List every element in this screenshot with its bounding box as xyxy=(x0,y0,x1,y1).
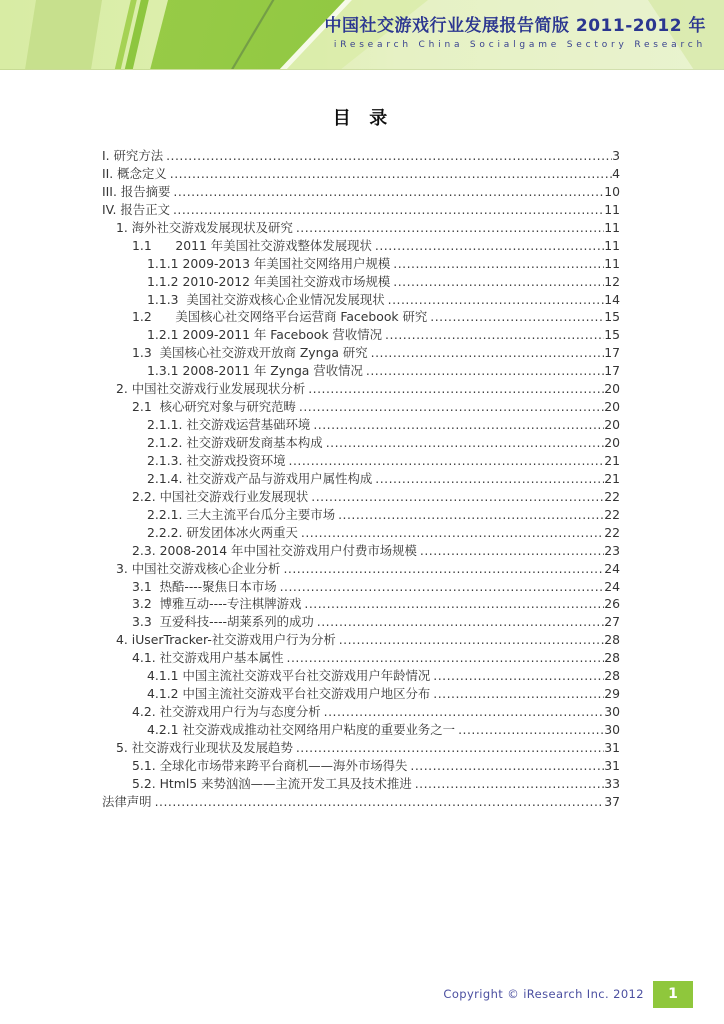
toc-leader-dots xyxy=(314,613,604,631)
toc-entry-label: I. 研究方法 xyxy=(102,147,163,165)
table-of-contents: 目 录 I. 研究方法 3 II. 概念定义 4 III. 报告摘要 10 IV… xyxy=(102,70,620,811)
toc-entry[interactable]: 4.2. 社交游戏用户行为与态度分析 30 xyxy=(102,703,620,721)
toc-leader-dots xyxy=(284,649,605,667)
toc-entry-page: 28 xyxy=(604,631,620,649)
toc-entry-label: IV. 报告正文 xyxy=(102,201,170,219)
toc-leader-dots xyxy=(301,595,604,613)
toc-leader-dots xyxy=(455,721,604,739)
toc-entry[interactable]: 4.1. 社交游戏用户基本属性 28 xyxy=(102,649,620,667)
toc-entry-page: 24 xyxy=(604,560,620,578)
toc-heading: 目 录 xyxy=(102,106,620,132)
toc-list: I. 研究方法 3 II. 概念定义 4 III. 报告摘要 10 IV. 报告… xyxy=(102,147,620,811)
toc-entry[interactable]: 1.1.2 2010-2012 年美国社交游戏市场规模 12 xyxy=(102,273,620,291)
toc-entry-label: 1. 海外社交游戏发展现状及研究 xyxy=(116,219,293,237)
toc-leader-dots xyxy=(305,380,604,398)
toc-leader-dots xyxy=(427,308,604,326)
toc-entry-page: 22 xyxy=(604,488,620,506)
toc-entry[interactable]: IV. 报告正文 11 xyxy=(102,201,620,219)
toc-entry-page: 24 xyxy=(604,578,620,596)
toc-entry-label: 2.3. 2008-2014 年中国社交游戏用户付费市场规模 xyxy=(132,542,417,560)
toc-leader-dots xyxy=(277,578,605,596)
toc-entry[interactable]: 5.1. 全球化市场带来跨平台商机——海外市场得失 31 xyxy=(102,757,620,775)
toc-entry-label: 1.2 美国核心社交网络平台运营商 Facebook 研究 xyxy=(132,308,427,326)
toc-entry[interactable]: I. 研究方法 3 xyxy=(102,147,620,165)
toc-entry-page: 4 xyxy=(612,165,620,183)
toc-entry-label: 2.2. 中国社交游戏行业发展现状 xyxy=(132,488,308,506)
report-header: 中国社交游戏行业发展报告简版 2011-2012 年 iResearch Chi… xyxy=(0,0,724,70)
toc-leader-dots xyxy=(298,524,604,542)
page-number-badge: 1 xyxy=(653,981,693,1008)
toc-entry-label: 2.2.2. 研发团体冰火两重天 xyxy=(147,524,298,542)
toc-leader-dots xyxy=(382,326,604,344)
toc-entry[interactable]: 5. 社交游戏行业现状及发展趋势 31 xyxy=(102,739,620,757)
toc-entry-label: 2.1 核心研究对象与研究范畴 xyxy=(132,398,296,416)
toc-leader-dots xyxy=(368,344,605,362)
toc-leader-dots xyxy=(170,201,604,219)
toc-entry[interactable]: 1.1.1 2009-2013 年美国社交网络用户规模 11 xyxy=(102,255,620,273)
toc-entry-label: 1.1 2011 年美国社交游戏整体发展现状 xyxy=(132,237,372,255)
toc-entry-label: III. 报告摘要 xyxy=(102,183,170,201)
toc-entry-page: 21 xyxy=(604,452,620,470)
toc-entry-page: 20 xyxy=(604,434,620,452)
toc-leader-dots xyxy=(336,631,604,649)
toc-leader-dots xyxy=(293,219,604,237)
toc-leader-dots xyxy=(363,362,604,380)
header-text-block: 中国社交游戏行业发展报告简版 2011-2012 年 iResearch Chi… xyxy=(324,11,706,50)
toc-entry-page: 15 xyxy=(604,308,620,326)
toc-entry-label: 1.3.1 2008-2011 年 Zynga 营收情况 xyxy=(147,362,363,380)
toc-entry-page: 29 xyxy=(604,685,620,703)
toc-entry-label: 2.1.2. 社交游戏研发商基本构成 xyxy=(147,434,323,452)
toc-entry-page: 10 xyxy=(604,183,620,201)
toc-entry-label: 2.2.1. 三大主流平台瓜分主要市场 xyxy=(147,506,335,524)
toc-leader-dots xyxy=(335,506,604,524)
toc-leader-dots xyxy=(310,416,604,434)
toc-entry-page: 17 xyxy=(604,362,620,380)
toc-entry[interactable]: 3.1 热酷----聚焦日本市场 24 xyxy=(102,578,620,596)
toc-leader-dots xyxy=(372,237,604,255)
toc-entry-label: II. 概念定义 xyxy=(102,165,167,183)
toc-entry[interactable]: 3. 中国社交游戏核心企业分析 24 xyxy=(102,560,620,578)
toc-entry-page: 15 xyxy=(604,326,620,344)
toc-entry[interactable]: 1.2.1 2009-2011 年 Facebook 营收情况 15 xyxy=(102,326,620,344)
toc-entry-label: 1.1.2 2010-2012 年美国社交游戏市场规模 xyxy=(147,273,390,291)
toc-entry-label: 1.1.1 2009-2013 年美国社交网络用户规模 xyxy=(147,255,390,273)
toc-entry-page: 20 xyxy=(604,380,620,398)
toc-leader-dots xyxy=(412,775,604,793)
toc-entry-label: 1.2.1 2009-2011 年 Facebook 营收情况 xyxy=(147,326,382,344)
toc-entry[interactable]: 2.2.2. 研发团体冰火两重天 22 xyxy=(102,524,620,542)
toc-entry-label: 2.1.4. 社交游戏产品与游戏用户属性构成 xyxy=(147,470,372,488)
toc-leader-dots xyxy=(323,434,605,452)
toc-entry-page: 30 xyxy=(604,703,620,721)
toc-entry-label: 3.3 互爱科技----胡莱系列的成功 xyxy=(132,613,314,631)
toc-entry-label: 1.1.3 美国社交游戏核心企业情况发展现状 xyxy=(147,291,385,309)
toc-entry[interactable]: 2. 中国社交游戏行业发展现状分析 20 xyxy=(102,380,620,398)
toc-entry-page: 33 xyxy=(604,775,620,793)
toc-leader-dots xyxy=(372,470,604,488)
toc-entry[interactable]: 3.2 博雅互动----专注棋牌游戏 26 xyxy=(102,595,620,613)
toc-entry-label: 3.1 热酷----聚焦日本市场 xyxy=(132,578,277,596)
toc-entry[interactable]: 1.1.3 美国社交游戏核心企业情况发展现状 14 xyxy=(102,291,620,309)
toc-entry-label: 2.1.3. 社交游戏投资环境 xyxy=(147,452,286,470)
toc-entry-page: 22 xyxy=(604,506,620,524)
toc-entry-page: 20 xyxy=(604,398,620,416)
toc-entry-label: 2. 中国社交游戏行业发展现状分析 xyxy=(116,380,305,398)
toc-entry-page: 23 xyxy=(604,542,620,560)
copyright-text: Copyright © iResearch Inc. 2012 xyxy=(443,987,644,1001)
toc-entry[interactable]: 1.2 美国核心社交网络平台运营商 Facebook 研究 15 xyxy=(102,308,620,326)
toc-entry[interactable]: 2.1.2. 社交游戏研发商基本构成 20 xyxy=(102,434,620,452)
toc-entry[interactable]: 1. 海外社交游戏发展现状及研究 11 xyxy=(102,219,620,237)
toc-entry-label: 4.1.2 中国主流社交游戏平台社交游戏用户地区分布 xyxy=(147,685,430,703)
toc-entry[interactable]: 2.1.1. 社交游戏运营基础环境 20 xyxy=(102,416,620,434)
toc-entry[interactable]: 1.1 2011 年美国社交游戏整体发展现状 11 xyxy=(102,237,620,255)
toc-leader-dots xyxy=(417,542,604,560)
toc-entry-label: 2.1.1. 社交游戏运营基础环境 xyxy=(147,416,310,434)
toc-leader-dots xyxy=(430,685,604,703)
toc-entry[interactable]: 2.1 核心研究对象与研究范畴 20 xyxy=(102,398,620,416)
toc-leader-dots xyxy=(385,291,605,309)
toc-entry-label: 5. 社交游戏行业现状及发展趋势 xyxy=(116,739,293,757)
toc-leader-dots xyxy=(321,703,605,721)
toc-entry-page: 31 xyxy=(604,739,620,757)
report-title: 中国社交游戏行业发展报告简版 2011-2012 年 xyxy=(324,11,706,36)
toc-entry[interactable]: 4.1.1 中国主流社交游戏平台社交游戏用户年龄情况 28 xyxy=(102,667,620,685)
toc-entry-label: 4. iUserTracker-社交游戏用户行为分析 xyxy=(116,631,336,649)
toc-entry[interactable]: 4.1.2 中国主流社交游戏平台社交游戏用户地区分布 29 xyxy=(102,685,620,703)
toc-entry-page: 30 xyxy=(604,721,620,739)
toc-entry[interactable]: 2.2.1. 三大主流平台瓜分主要市场 22 xyxy=(102,506,620,524)
toc-entry[interactable]: 4. iUserTracker-社交游戏用户行为分析 28 xyxy=(102,631,620,649)
toc-entry-page: 20 xyxy=(604,416,620,434)
toc-entry-page: 22 xyxy=(604,524,620,542)
header-stripe-light xyxy=(22,0,104,70)
toc-entry-page: 17 xyxy=(604,344,620,362)
toc-entry-page: 11 xyxy=(604,255,620,273)
toc-entry[interactable]: 3.3 互爱科技----胡莱系列的成功 27 xyxy=(102,613,620,631)
toc-leader-dots xyxy=(308,488,604,506)
toc-leader-dots xyxy=(296,398,604,416)
toc-leader-dots xyxy=(163,147,612,165)
toc-entry[interactable]: 5.2. Html5 来势汹汹——主流开发工具及技术推进 33 xyxy=(102,775,620,793)
toc-entry-page: 11 xyxy=(604,219,620,237)
toc-entry-page: 3 xyxy=(612,147,620,165)
toc-leader-dots xyxy=(430,667,604,685)
toc-entry-page: 37 xyxy=(604,793,620,811)
toc-entry[interactable]: 4.2.1 社交游戏成推动社交网络用户粘度的重要业务之一 30 xyxy=(102,721,620,739)
toc-entry-page: 14 xyxy=(604,291,620,309)
toc-leader-dots xyxy=(407,757,604,775)
toc-entry[interactable]: 2.1.3. 社交游戏投资环境 21 xyxy=(102,452,620,470)
toc-entry-label: 4.1. 社交游戏用户基本属性 xyxy=(132,649,284,667)
toc-entry-label: 法律声明 xyxy=(102,793,152,811)
toc-entry-label: 4.1.1 中国主流社交游戏平台社交游戏用户年龄情况 xyxy=(147,667,430,685)
toc-entry[interactable]: 2.3. 2008-2014 年中国社交游戏用户付费市场规模 23 xyxy=(102,542,620,560)
toc-entry-page: 31 xyxy=(604,757,620,775)
toc-entry-page: 11 xyxy=(604,201,620,219)
toc-entry[interactable]: 法律声明 37 xyxy=(102,793,620,811)
toc-entry-page: 28 xyxy=(604,649,620,667)
page-footer: Copyright © iResearch Inc. 2012 1 xyxy=(0,978,724,1024)
toc-leader-dots xyxy=(390,255,604,273)
toc-entry[interactable]: 2.1.4. 社交游戏产品与游戏用户属性构成 21 xyxy=(102,470,620,488)
toc-entry-page: 12 xyxy=(604,273,620,291)
toc-entry-page: 11 xyxy=(604,237,620,255)
toc-entry[interactable]: III. 报告摘要 10 xyxy=(102,183,620,201)
toc-entry-label: 3.2 博雅互动----专注棋牌游戏 xyxy=(132,595,301,613)
toc-entry-label: 3. 中国社交游戏核心企业分析 xyxy=(116,560,280,578)
toc-leader-dots xyxy=(152,793,605,811)
toc-entry-page: 21 xyxy=(604,470,620,488)
toc-entry[interactable]: 1.3 美国核心社交游戏开放商 Zynga 研究 17 xyxy=(102,344,620,362)
toc-entry-label: 4.2. 社交游戏用户行为与态度分析 xyxy=(132,703,321,721)
toc-leader-dots xyxy=(293,739,604,757)
toc-leader-dots xyxy=(170,183,604,201)
toc-entry-label: 5.1. 全球化市场带来跨平台商机——海外市场得失 xyxy=(132,757,407,775)
toc-entry[interactable]: 2.2. 中国社交游戏行业发展现状 22 xyxy=(102,488,620,506)
toc-leader-dots xyxy=(167,165,612,183)
toc-entry-page: 27 xyxy=(604,613,620,631)
toc-entry-page: 28 xyxy=(604,667,620,685)
toc-entry-label: 4.2.1 社交游戏成推动社交网络用户粘度的重要业务之一 xyxy=(147,721,455,739)
toc-entry[interactable]: 1.3.1 2008-2011 年 Zynga 营收情况 17 xyxy=(102,362,620,380)
toc-entry-label: 1.3 美国核心社交游戏开放商 Zynga 研究 xyxy=(132,344,368,362)
report-subtitle: iResearch China Socialgame Sectory Resea… xyxy=(324,40,706,50)
report-page: 中国社交游戏行业发展报告简版 2011-2012 年 iResearch Chi… xyxy=(0,0,724,1024)
toc-entry-label: 5.2. Html5 来势汹汹——主流开发工具及技术推进 xyxy=(132,775,412,793)
toc-entry-page: 26 xyxy=(604,595,620,613)
toc-leader-dots xyxy=(286,452,605,470)
toc-leader-dots xyxy=(390,273,604,291)
toc-leader-dots xyxy=(280,560,604,578)
toc-entry[interactable]: II. 概念定义 4 xyxy=(102,165,620,183)
